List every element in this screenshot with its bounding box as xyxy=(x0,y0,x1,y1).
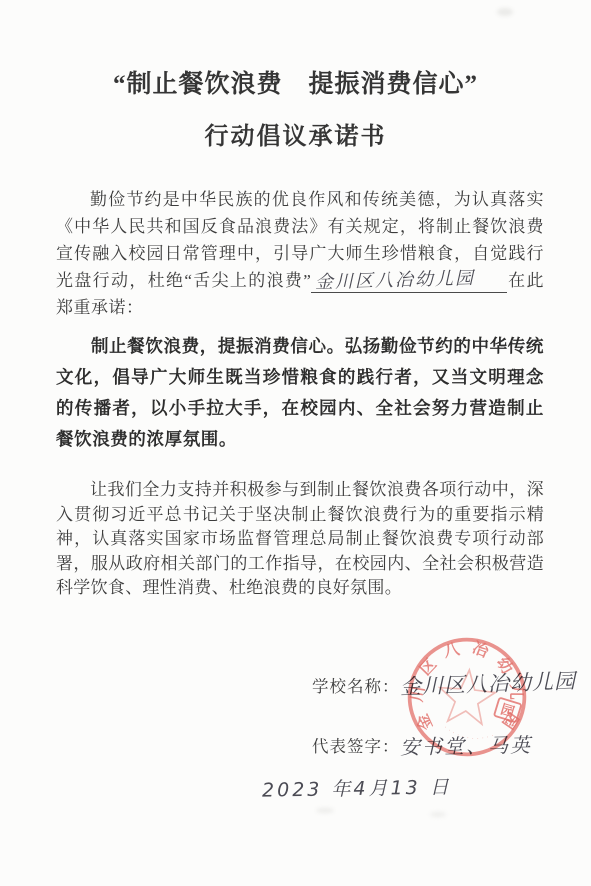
scan-smudge xyxy=(430,812,446,817)
paragraph-intro: 勤俭节约是中华民族的优良作风和传统美德，为认真落实《中华人民共和国反食品浪费法》… xyxy=(56,186,544,321)
date-handwriting: 2023 年4月13 日 xyxy=(262,772,452,802)
school-name-label: 学校名称： xyxy=(312,677,400,696)
paragraph-pledge-bold: 制止餐饮浪费，提振消费信心。弘扬勤俭节约的中华传统文化，倡导广大师生既当珍惜粮食… xyxy=(56,331,544,455)
representative-signature-label: 代表签字： xyxy=(312,737,400,756)
document-title-line2: 行动倡议承诺书 xyxy=(0,116,591,151)
school-name-blank-line: 金川区八冶幼儿园 xyxy=(311,270,507,293)
school-name-blank-handwriting: 金川区八冶幼儿园 xyxy=(315,268,476,294)
stamp-star-icon xyxy=(437,668,497,725)
paragraph-action-commitment: 让我们全力支持并积极参与到制止餐饮浪费各项行动中，深入贯彻习近平总书记关于坚决制… xyxy=(56,478,544,601)
document-title-line1: “制止餐饮浪费 提振消费信心” xyxy=(0,64,591,100)
stamp-ring-text: 金川区八冶幼儿园 xyxy=(405,632,531,742)
scan-smudge xyxy=(316,808,334,813)
stamp-serial-dots: ··········· xyxy=(441,724,499,745)
scan-smudge xyxy=(497,8,513,16)
official-seal-stamp: 金川区八冶幼儿园 园 ··········· xyxy=(388,618,546,776)
scanned-pledge-document: “制止餐饮浪费 提振消费信心” 行动倡议承诺书 勤俭节约是中华民族的优良作风和传… xyxy=(0,0,591,886)
